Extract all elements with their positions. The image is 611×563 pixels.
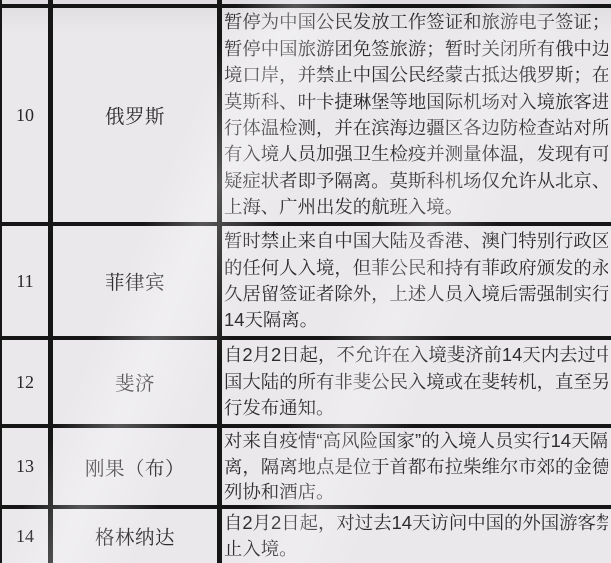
policy-line: 自2月2日起，不允许在入境斐济前14天内去过中 — [224, 342, 608, 368]
row-number: 12 — [16, 372, 34, 393]
policy-line: 离，隔离地点是位于首都布拉柴维尔市郊的金德 — [224, 454, 608, 480]
row-number-cell: 13 — [2, 428, 48, 505]
policy-line: 暂停中国旅游团免签旅游；暂时关闭所有俄中边 — [224, 36, 608, 62]
row-number: 13 — [16, 456, 34, 477]
policy-line: 有入境人员加强卫生检疫并测量体温，发现有可 — [224, 141, 608, 167]
policy-cell: 自2月2日起，对过去14天访问中国的外国游客禁 止入境。 — [222, 509, 611, 563]
policy-cell: 暂时禁止来自中国大陆及香港、澳门特别行政区 的任何人入境，但菲公民和持有菲政府颁… — [222, 226, 611, 336]
row-number-cell: 12 — [2, 340, 48, 424]
row-number: 11 — [16, 271, 33, 292]
country-name-cell: 斐济 — [53, 340, 217, 424]
policy-line: 莫斯科、叶卡捷琳堡等地国际机场对入境旅客进 — [224, 89, 608, 115]
policy-line: 暂时禁止来自中国大陆及香港、澳门特别行政区 — [224, 228, 608, 254]
policy-line: 止入境。 — [224, 536, 608, 562]
policy-cell: 暂停为中国公民发放工作签证和旅游电子签证； 暂停中国旅游团免签旅游；暂时关闭所有… — [222, 8, 611, 222]
policy-cell: 自2月2日起，不允许在入境斐济前14天内去过中 国大陆的所有非斐公民入境或在斐转… — [222, 340, 611, 424]
policy-line: 列协和酒店。 — [224, 479, 608, 505]
country-name-cell: 菲律宾 — [53, 226, 217, 336]
country-name: 斐济 — [115, 368, 155, 396]
policy-line: 上海、广州出发的航班入境。 — [224, 194, 608, 220]
restrictions-table: 10 俄罗斯 暂停为中国公民发放工作签证和旅游电子签证； 暂停中国旅游团免签旅游… — [0, 0, 611, 563]
policy-line: 暂停为中国公民发放工作签证和旅游电子签证； — [224, 9, 608, 35]
row-number-cell: 10 — [2, 8, 48, 222]
country-name: 俄罗斯 — [105, 101, 165, 129]
row-number: 14 — [16, 526, 34, 547]
policy-line: 14天隔离。 — [224, 307, 608, 333]
policy-line: 行发布通知。 — [224, 395, 608, 421]
policy-line: 自2月2日起，对过去14天访问中国的外国游客禁 — [224, 510, 608, 536]
policy-line: 对来自疫情“高风险国家”的入境人员实行14天隔 — [224, 428, 608, 454]
document-photo: 10 俄罗斯 暂停为中国公民发放工作签证和旅游电子签证； 暂停中国旅游团免签旅游… — [0, 0, 611, 563]
country-name: 刚果（布） — [85, 453, 185, 481]
row-number-cell: 14 — [2, 509, 48, 563]
country-name: 格林纳达 — [95, 522, 175, 550]
policy-cell: 对来自疫情“高风险国家”的入境人员实行14天隔 离，隔离地点是位于首都布拉柴维尔… — [222, 428, 611, 505]
policy-line: 国大陆的所有非斐公民入境或在斐转机，直至另 — [224, 369, 608, 395]
row-number: 10 — [16, 105, 34, 126]
policy-line: 行体温检测，并在滨海边疆区各边防检查站对所 — [224, 115, 608, 141]
policy-line: 境口岸，并禁止中国公民经蒙古抵达俄罗斯；在 — [224, 62, 608, 88]
policy-line: 久居留签证者除外，上述人员入境后需强制实行 — [224, 281, 608, 307]
row-number-cell: 11 — [2, 226, 48, 336]
country-name: 菲律宾 — [105, 267, 165, 295]
policy-line: 的任何人入境，但菲公民和持有菲政府颁发的永 — [224, 255, 608, 281]
country-name-cell: 刚果（布） — [53, 428, 217, 505]
policy-line: 疑症状者即予隔离。莫斯科机场仅允许从北京、 — [224, 168, 608, 194]
country-name-cell: 格林纳达 — [53, 509, 217, 563]
country-name-cell: 俄罗斯 — [53, 8, 217, 222]
